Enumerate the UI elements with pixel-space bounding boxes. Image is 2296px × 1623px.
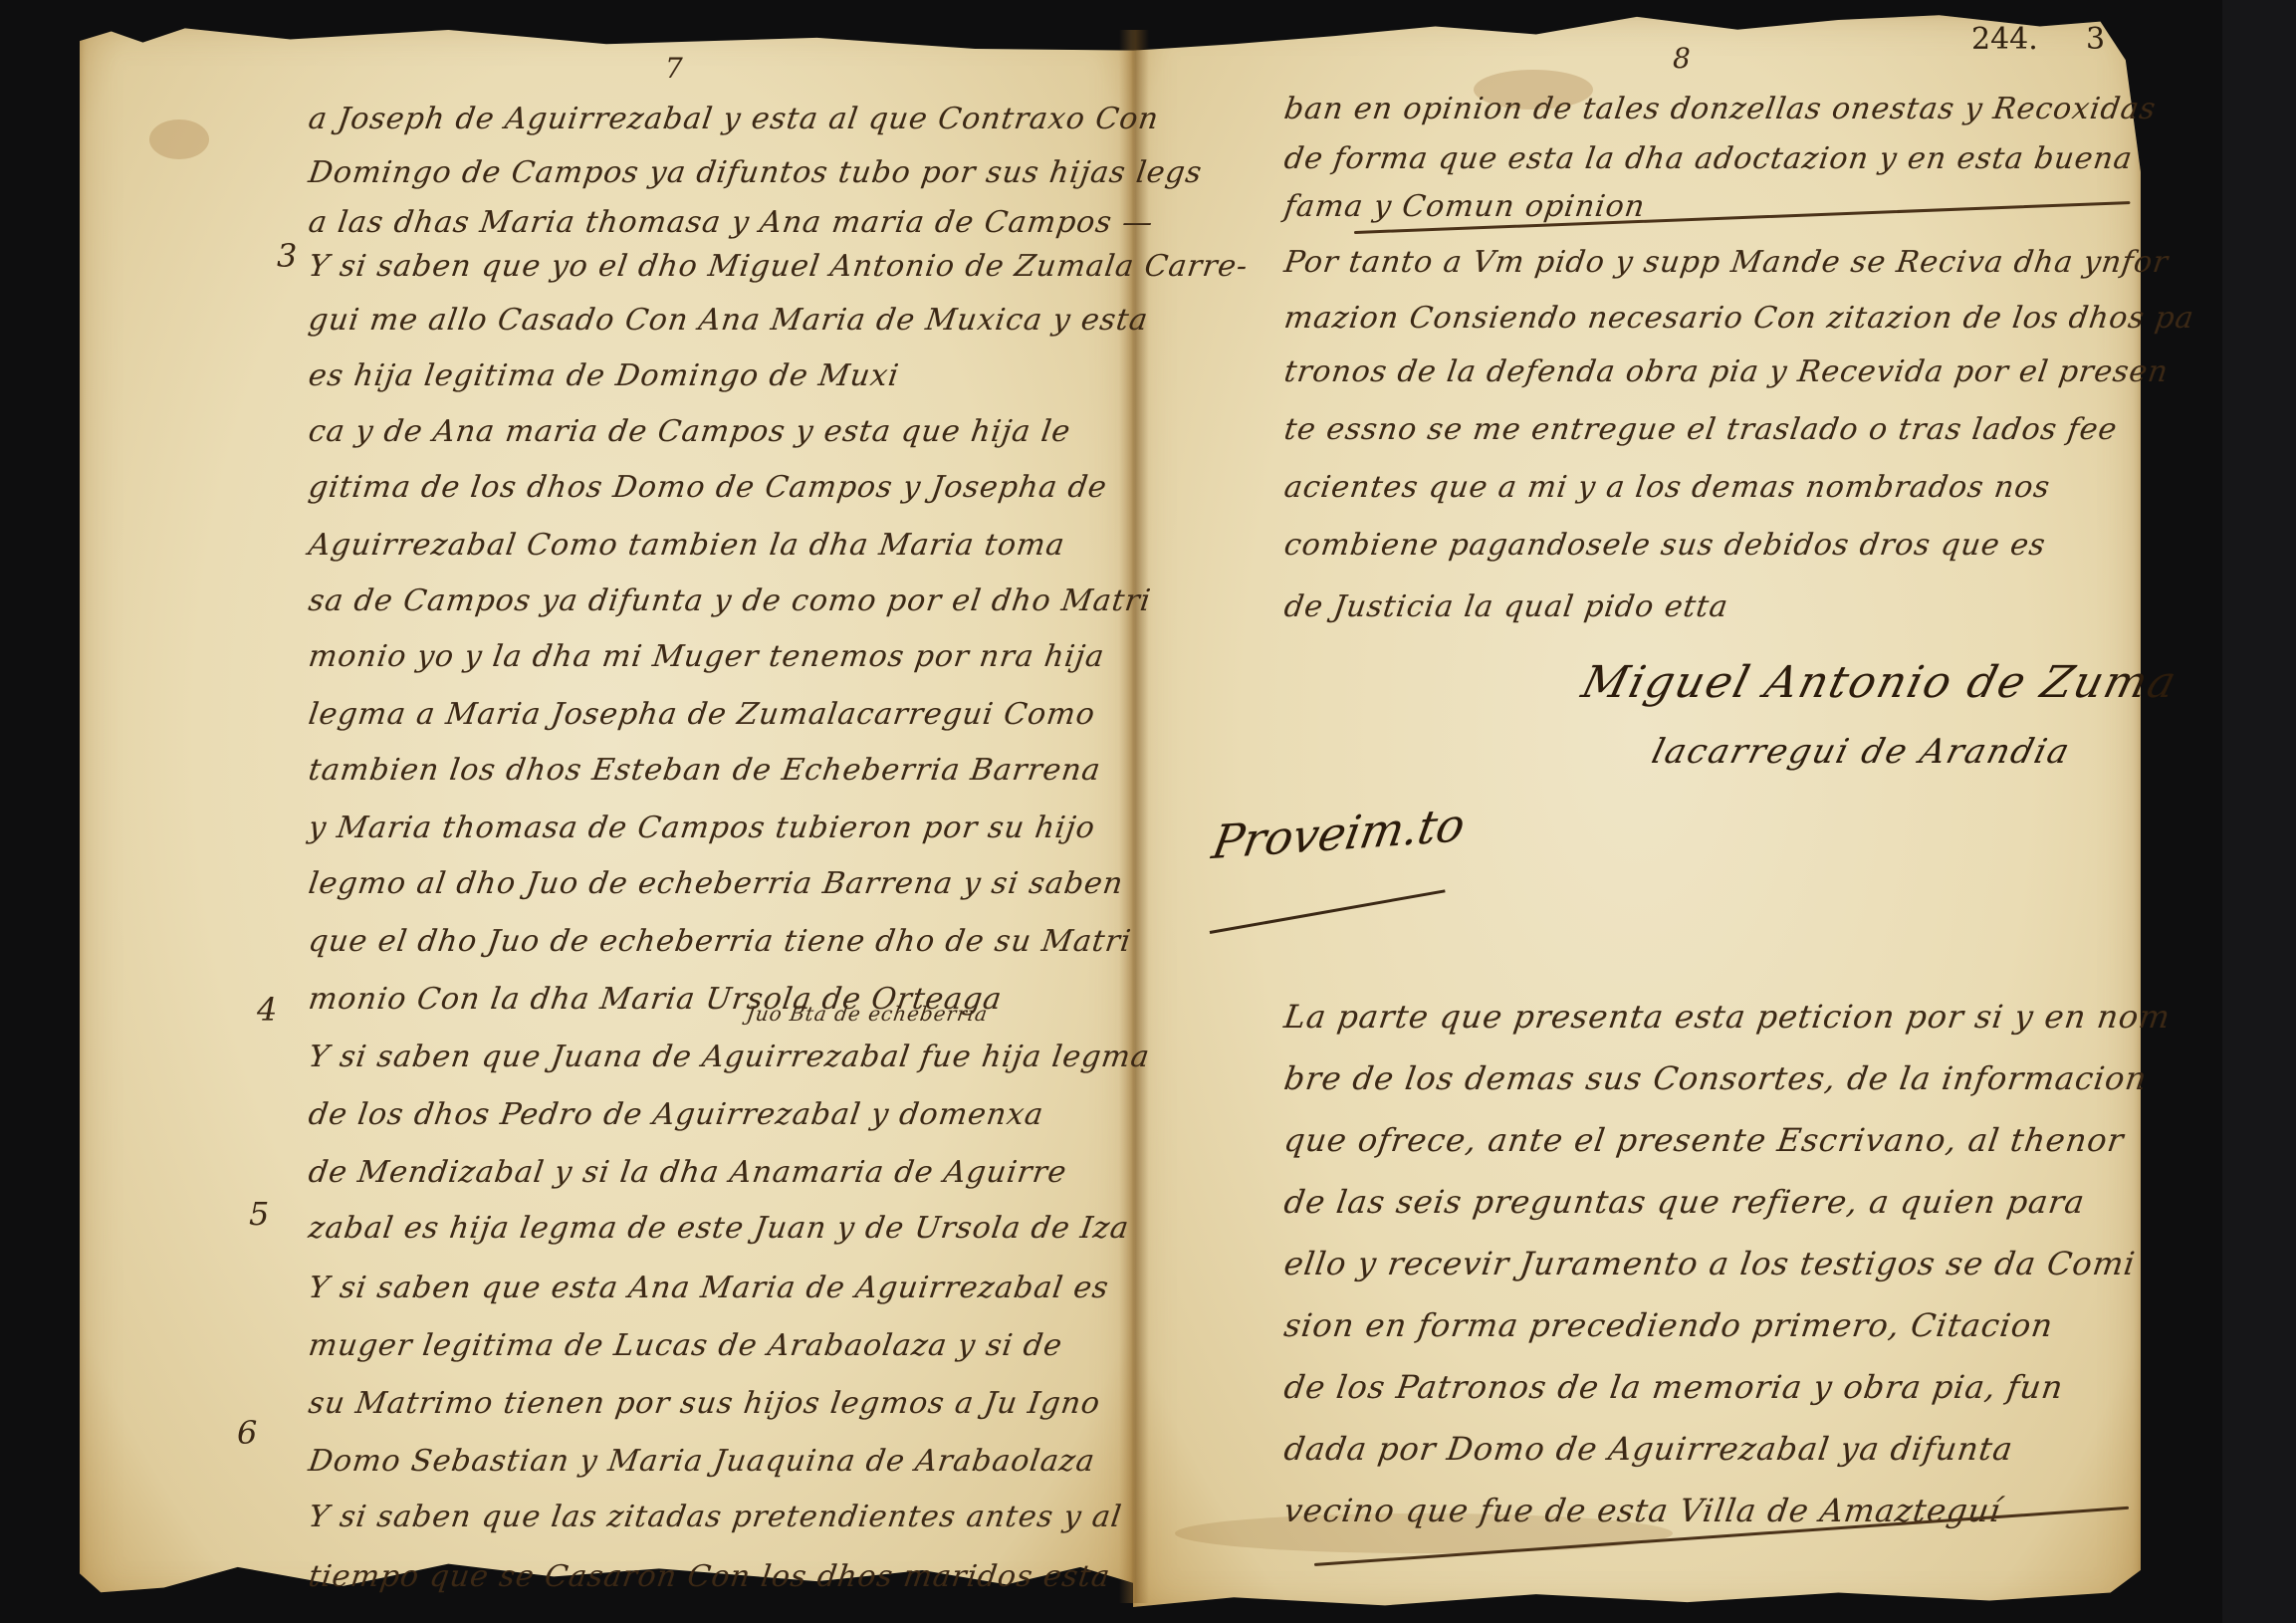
text-line: gui me allo Casado Con Ana Maria de Muxi… [306, 301, 1151, 341]
text-line: legmo al dho Juo de echeberria Barrena y… [306, 864, 1126, 904]
text-line: y Maria thomasa de Campos tubieron por s… [306, 809, 1098, 848]
margin-number: 5 [249, 1195, 269, 1233]
signature-line-2: lacarregui de Arandia [1648, 732, 2075, 772]
margin-number: 3 [277, 237, 297, 275]
text-line: dada por Domo de Aguirrezabal ya difunta [1280, 1418, 2017, 1480]
text-line: vecino que fue de esta Villa de Amaztegu… [1280, 1480, 2005, 1541]
margin-number: 4 [257, 991, 277, 1029]
text-line: Por tanto a Vm pido y supp Mande se Reci… [1281, 243, 2171, 283]
text-line: que el dho Juo de echeberria tiene dho d… [306, 922, 1134, 962]
signature-line-1: Miguel Antonio de Zuma [1577, 657, 2183, 708]
text-line: mazion Consiendo necesario Con zitazion … [1281, 299, 2196, 339]
text-line: ello y recevir Juramento a los testigos … [1280, 1233, 2140, 1294]
header-mark: 8 [1673, 42, 1691, 75]
text-line: La parte que presenta esta peticion por … [1280, 986, 2175, 1047]
text-line: Y si saben que Juana de Aguirrezabal fue… [306, 1038, 1152, 1077]
text-line: te essno se me entregue el traslado o tr… [1281, 410, 2120, 450]
sheet-number: 3 [2086, 22, 2105, 57]
text-line: gitima de los dhos Domo de Campos y Jose… [306, 468, 1109, 508]
text-line: sion en forma precediendo primero, Citac… [1280, 1294, 2058, 1356]
text-line: monio yo y la dha mi Muger tenemos por n… [306, 637, 1107, 677]
text-line: ban en opinion de tales donzellas onesta… [1281, 90, 2159, 129]
text-line: a Joseph de Aguirrezabal y esta al que C… [306, 100, 1161, 139]
text-line: Domingo de Campos ya difuntos tubo por s… [306, 153, 1205, 193]
text-line: Domo Sebastian y Maria Juaquina de Araba… [306, 1442, 1097, 1482]
text-line: que ofrece, ante el presente Escrivano, … [1280, 1109, 2129, 1171]
text-line: combiene pagandosele sus debidos dros qu… [1281, 526, 2048, 566]
text-line: tiempo que se Casaron Con los dhos marid… [306, 1557, 1113, 1597]
text-line: Y si saben que las zitadas pretendientes… [306, 1498, 1124, 1537]
text-line: muger legitima de Lucas de Arabaolaza y … [306, 1326, 1064, 1366]
text-line: es hija legitima de Domingo de Muxi [306, 356, 901, 396]
text-line: de Mendizabal y si la dha Anamaria de Ag… [306, 1153, 1069, 1193]
text-line: sa de Campos ya difunta y de como por el… [306, 581, 1153, 621]
paper-stain [149, 119, 209, 159]
text-line: su Matrimo tienen por sus hijos legmos a… [306, 1384, 1103, 1424]
text-line: de Justicia la qual pido etta [1281, 587, 1730, 627]
text-line: tambien los dhos Esteban de Echeberria B… [306, 751, 1103, 791]
text-line: a las dhas Maria thomasa y Ana maria de … [306, 203, 1156, 243]
scanner-background-strip [2222, 0, 2296, 1623]
text-line: de forma que esta la dha adoctazion y en… [1281, 139, 2135, 179]
text-line: legma a Maria Josepha de Zumalacarregui … [306, 695, 1097, 735]
margin-number: 6 [237, 1414, 257, 1452]
text-line: de los dhos Pedro de Aguirrezabal y dome… [306, 1095, 1046, 1135]
text-line: de los Patronos de la memoria y obra pia… [1280, 1356, 2068, 1418]
folio-number: 244. [1971, 22, 2038, 57]
text-line: zabal es hija legma de este Juan y de Ur… [306, 1209, 1131, 1249]
text-line: acientes que a mi y a los demas nombrado… [1281, 468, 2052, 508]
text-line: bre de los demas sus Consortes, de la in… [1280, 1047, 2152, 1109]
text-line: ca y de Ana maria de Campos y esta que h… [306, 412, 1073, 452]
text-line: de las seis preguntas que refiere, a qui… [1280, 1171, 2090, 1233]
text-line: Y si saben que yo el dho Miguel Antonio … [306, 247, 1251, 287]
text-line: tronos de la defenda obra pia y Recevida… [1281, 352, 2171, 392]
text-line: Aguirrezabal Como tambien la dha Maria t… [306, 526, 1067, 566]
interlinear-note: Juo Bta de echeberria [744, 994, 991, 1034]
text-line: Y si saben que esta Ana Maria de Aguirre… [306, 1269, 1111, 1308]
header-mark: 7 [665, 52, 683, 85]
